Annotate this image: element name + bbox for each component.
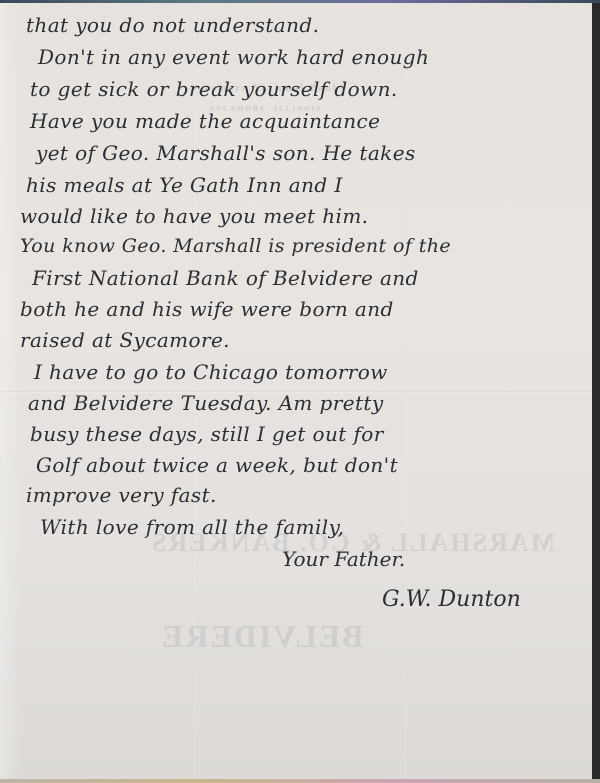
letter-line: You know Geo. Marshall is president of t…: [20, 235, 451, 257]
letter-line: would like to have you meet him.: [20, 204, 368, 228]
reverse-letterhead-showthrough-2: BELVIDERE: [160, 618, 364, 655]
letter-line: With love from all the family,: [40, 515, 344, 539]
letter-line: Don't in any event work hard enough: [38, 45, 429, 69]
letter-line: improve very fast.: [26, 483, 217, 507]
closing-salutation: Your Father.: [282, 547, 405, 571]
letter-line: his meals at Ye Gath Inn and I: [26, 173, 343, 197]
letter-page: Sycamore National Bank SYCAMORE, ILLINOI…: [0, 3, 592, 779]
letter-line: yet of Geo. Marshall's son. He takes: [36, 141, 416, 165]
letter-line: Golf about twice a week, but don't: [36, 453, 398, 477]
letter-line: both he and his wife were born and: [20, 297, 394, 321]
letter-line: to get sick or break yourself down.: [30, 77, 398, 101]
signature: G.W. Dunton: [382, 587, 521, 612]
letter-line: busy these days, still I get out for: [30, 422, 384, 446]
letter-line: that you do not understand.: [26, 13, 319, 37]
letter-line: Have you made the acquaintance: [30, 109, 380, 133]
letter-line: First National Bank of Belvidere and: [32, 266, 419, 290]
letter-line: I have to go to Chicago tomorrow: [34, 360, 388, 384]
scan-bottom-edge: [0, 779, 600, 783]
letter-line: and Belvidere Tuesday. Am pretty: [28, 391, 384, 415]
letter-line: raised at Sycamore.: [20, 328, 230, 352]
